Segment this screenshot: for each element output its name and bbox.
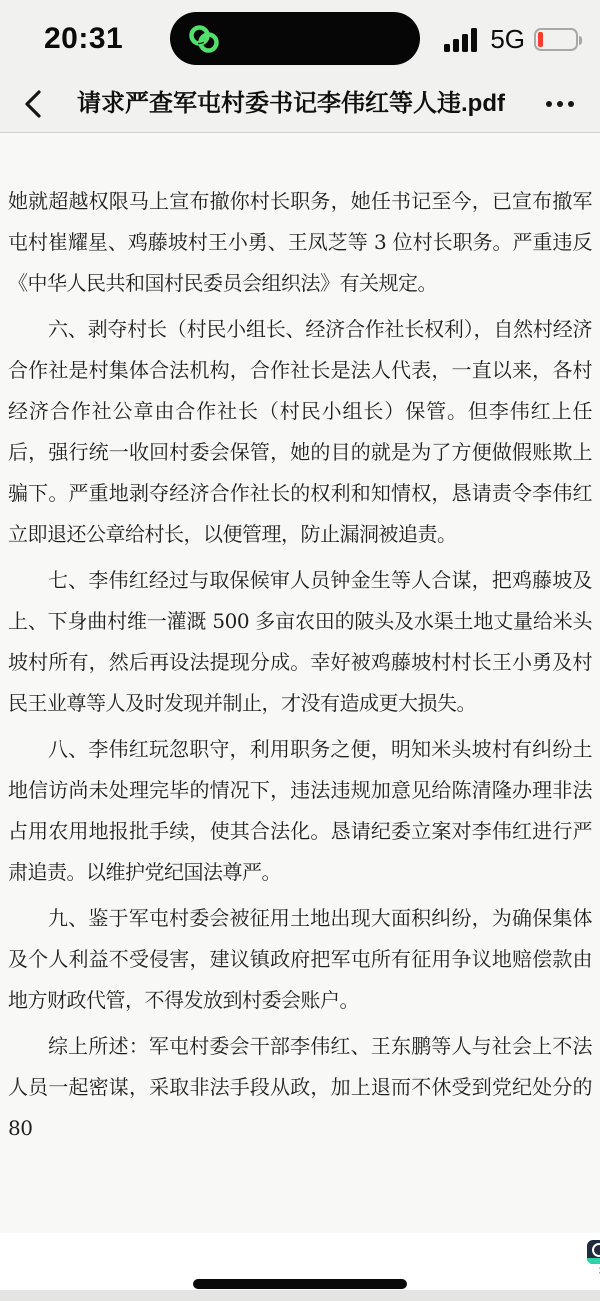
battery-cap: [579, 36, 582, 45]
nav-bar: 请求严查军屯村委书记李伟红等人违.pdf: [0, 75, 600, 133]
hotspot-link-rings-icon: [186, 21, 222, 57]
cellular-signal-icon: [444, 28, 481, 52]
back-button[interactable]: [18, 87, 52, 121]
battery-icon: [534, 28, 578, 51]
paragraph: 她就超越权限马上宣布撤你村长职务，她任书记至今，已宣布撤军屯村崔耀星、鸡藤坡村王…: [8, 181, 592, 304]
dynamic-island: [170, 12, 420, 65]
home-indicator[interactable]: [193, 1279, 407, 1289]
floating-app-widget[interactable]: [587, 1240, 600, 1264]
widget-teal-bar: [587, 1258, 600, 1264]
paragraph: 九、鉴于军屯村委会被征用土地出现大面积纠纷，为确保集体及个人利益不受侵害，建议镇…: [8, 898, 592, 1021]
battery-level-low: [538, 32, 543, 47]
widget-ring-icon: [592, 1243, 600, 1257]
pdf-filename-title: 请求严查军屯村委书记李伟红等人违.pdf: [60, 75, 522, 132]
network-type-label: 5G: [490, 24, 525, 55]
paragraph: 八、李伟红玩忽职守，利用职务之便，明知米头坡村有纠纷土地信访尚未处理完毕的情况下…: [8, 729, 592, 893]
bottom-edge-strip: [0, 1290, 600, 1301]
phone-screen: 20:31 5G 请求严查军屯村委书: [0, 0, 600, 1301]
status-right-cluster: 5G: [444, 24, 578, 55]
clock-time: 20:31: [44, 22, 123, 56]
status-bar: 20:31 5G: [0, 0, 600, 75]
paragraph: 六、剥夺村长（村民小组长、经济合作社长权利），自然村经济合作社是村集体合法机构，…: [8, 309, 592, 555]
paragraph: 综上所述：军屯村委会干部李伟红、王东鹏等人与社会上不法人员一起密谋，采取非法手段…: [8, 1026, 592, 1149]
paragraph: 七、李伟红经过与取保候审人员钟金生等人合谋，把鸡藤坡及上、下身曲村维一灌溉 50…: [8, 560, 592, 724]
pdf-content-area[interactable]: 她就超越权限马上宣布撤你村长职务，她任书记至今，已宣布撤军屯村崔耀星、鸡藤坡村王…: [0, 133, 600, 1233]
ellipsis-icon: [546, 101, 552, 107]
more-button[interactable]: [546, 97, 574, 111]
